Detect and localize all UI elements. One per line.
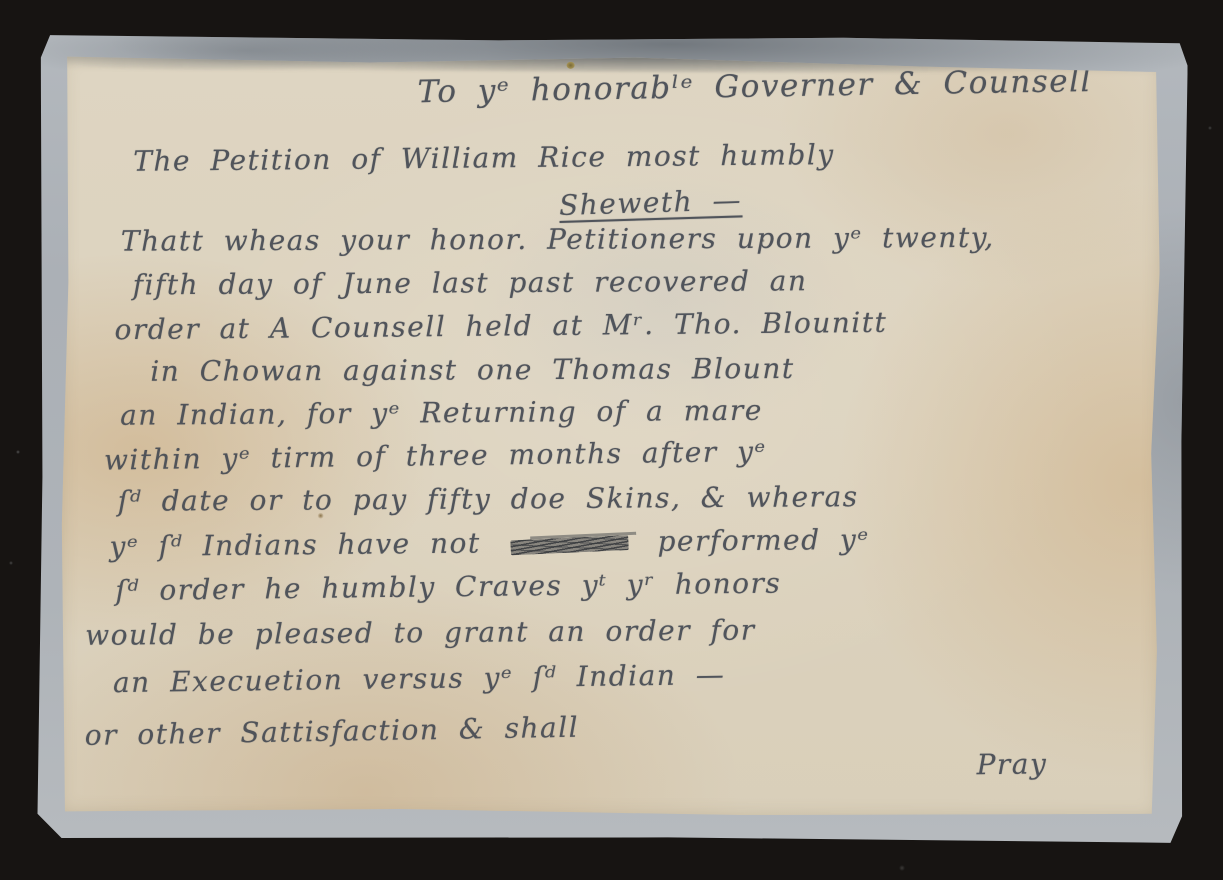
body-line-3: order at A Counsell held at Mʳ. Tho. Blo… [114,306,887,346]
body-line-2: fifth day of June last past recovered an [133,264,808,301]
body-line-9: ſᵈ order he humbly Craves yᵗ yʳ honors [115,567,781,608]
body-line-5: an Indian, for yᵉ Returning of a mare [120,394,763,432]
body-line-4: in Chowan against one Thomas Blount [150,352,794,388]
closing-line: or other Sattisfaction & shall [84,711,579,752]
crossed-out-word [510,535,629,555]
pray-word: Pray [976,747,1047,781]
stain-spot [567,62,575,69]
body-line-8-post: performed yᵉ [657,523,869,558]
body-line-10: would be pleased to grant an order for [85,614,756,652]
sheweth-insertion: Sheweth — [559,183,743,222]
salutation-line: To yᵉ honorabˡᵉ Governer & Counsell [417,63,1092,110]
petition-opening-line: The Petition of William Rice most humbly [133,138,835,178]
mount-tissue-sheet: To yᵉ honorabˡᵉ Governer & Counsell The … [36,33,1188,844]
photo-background: To yᵉ honorabˡᵉ Governer & Counsell The … [0,0,1223,880]
body-line-7: ſᵈ date or to pay fifty doe Skins, & whe… [118,480,859,518]
body-line-1: Thatt wheas your honor. Petitioners upon… [121,221,995,258]
manuscript-paper: To yᵉ honorabˡᵉ Governer & Counsell The … [58,54,1161,819]
body-line-11: an Execuetion versus yᵉ ſᵈ Indian — [113,658,726,699]
body-line-8: yᵉ ſᵈ Indians have not performed yᵉ [109,523,869,563]
body-line-6: within yᵉ tirm of three months after yᵉ [104,435,767,477]
body-line-8-pre: yᵉ ſᵈ Indians have not [109,527,480,564]
photo-stage: { "document": { "kind": "handwritten pet… [0,0,1223,880]
